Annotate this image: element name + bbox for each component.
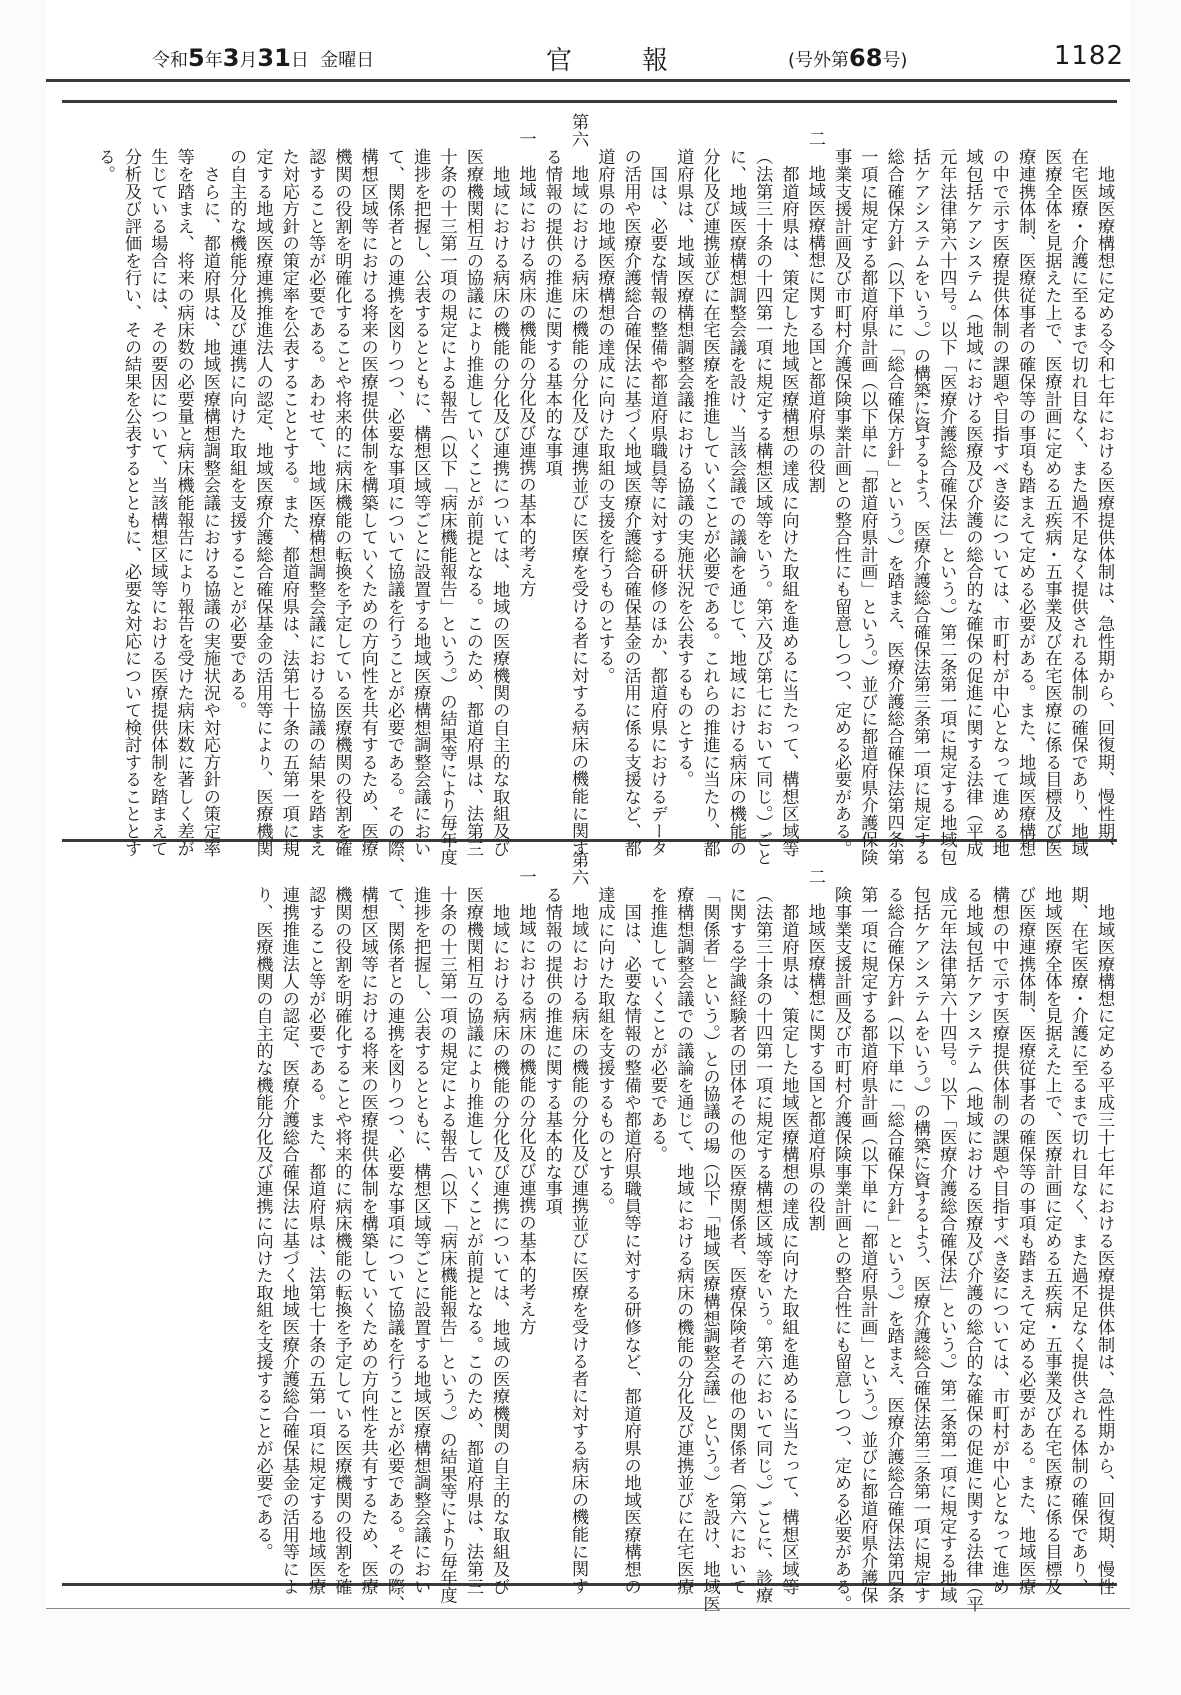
text-column: 医療機関相互の協議により推進していくことが前提となる。このため、都道府県は、法第… [460, 886, 486, 1576]
text-column: 医療全体を見据えた上で、医療計画に定める五疾病・五事業及び在宅医療に係る目標及び… [1038, 148, 1064, 828]
text-column: の自主的な機能分化及び連携に向けた取組を支援することが必要である。 [223, 148, 249, 828]
text-column: を推進していくことが必要である。 [644, 886, 670, 1576]
text-column: 期、在宅医療・介護に至るまで切れ目なく、また過不足なく提供される体制の確保であり… [1064, 886, 1090, 1576]
text-column: に、地域医療構想調整会議を設け、当該会議での議論を通じて、地域における病床の機能… [723, 148, 749, 828]
upper-section-top-rule [62, 100, 1117, 103]
text-column: る情報の提供の推進に関する基本的な事項 [538, 886, 564, 1576]
text-column: 域包括ケアシステム（地域における医療及び介護の総合的な確保の促進に関する法律（平… [959, 148, 985, 828]
text-column: 第一項に規定する都道府県計画（以下単に「都道府県計画」という。）並びに都道府県介… [854, 886, 880, 1576]
text-column: 地域における病床の機能の分化及び連携については、地域の医療機関の自主的な取組及び [486, 148, 512, 828]
text-column: 構想区域等における将来の医療提供体制を構築していくための方向性を共有するため、医… [354, 148, 380, 828]
date-day: 31 [257, 44, 290, 72]
text-column: の活用や医療介護総合確保法に基づく地域医療介護総合確保基金の活用に係る支援など、… [617, 148, 643, 828]
text-column: 地域医療構想に定める平成三十七年における医療提供体制は、急性期から、回復期、慢性 [1091, 886, 1117, 1576]
page-header: 令和5年3月31日 金曜日 官報 (号外第68号) 1182 [46, 38, 1130, 78]
subsection-heading: 二 地域医療構想に関する国と都道府県の役割 [801, 130, 827, 828]
text-column: 道府県の地域医療構想の達成に向けた取組の支援を行うものとする。 [591, 148, 617, 828]
text-column: 療連携体制、医療従事者の確保等の事項も踏まえて定める必要がある。また、地域医療構… [1012, 148, 1038, 828]
text-column: 十条の十三第一項の規定による報告（以下「病床機能報告」という。）の結果等により毎… [433, 148, 459, 828]
text-column: 険事業支援計画及び市町村介護保険事業計画との整合性にも留意しつつ、定める必要があ… [828, 886, 854, 1576]
text-column: さらに、都道府県は、地域医療構想調整会議における協議の実施状況や対応方針の策定率 [197, 148, 223, 828]
text-column: 事業支援計画及び市町村介護保険事業計画との整合性にも留意しつつ、定める必要がある… [828, 148, 854, 828]
text-column: 包括ケアシステムをいう。）の構築に資するよう、医療介護総合確保法第三条第一項に規… [907, 886, 933, 1576]
text-column: 認すること等が必要である。あわせて、地域医療構想調整会議における協議の結果を踏ま… [302, 148, 328, 828]
text-column: 認すること等が必要である。また、都道府県は、法第七十条の五第一項に規定する地域医… [302, 886, 328, 1576]
text-column: 括ケアシステムをいう。）の構築に資するよう、医療介護総合確保法第三条第一項に規定… [907, 148, 933, 828]
section-divider [62, 839, 1117, 842]
date-day-unit: 日 [291, 50, 309, 71]
text-column: （法第三十条の十四第一項に規定する構想区域等をいう。第六及び第七において同じ。）… [749, 148, 775, 828]
text-column: 成元年法律第六十四号。以下「医療介護総合確保法」という。）第二条第一項に規定する… [933, 886, 959, 1576]
text-column: 国は、必要な情報の整備や都道府県職員等に対する研修のほか、都道府県におけるデータ [644, 148, 670, 828]
text-column: （法第三十条の十四第一項に規定する構想区域等をいう。第六において同じ。）ごとに、… [749, 886, 775, 1576]
date-month-unit: 月 [239, 50, 257, 71]
issue-number-value: 68 [849, 44, 882, 72]
text-column: る情報の提供の推進に関する基本的な事項 [538, 148, 564, 828]
text-column: 定する地域医療連携推進法人の認定、地域医療介護総合確保基金の活用等により、医療機… [249, 148, 275, 828]
page-number: 1182 [1054, 41, 1124, 71]
issue-prefix: (号外第 [788, 50, 849, 71]
issue-number: (号外第68号) [788, 44, 907, 72]
text-column: 国は、必要な情報の整備や都道府県職員等に対する研修など、都道府県の地域医療構想の [617, 886, 643, 1576]
text-column: 等を踏まえ、将来の病床数の必要量と病床機能報告により報告を受けた病床数に著しく差… [170, 148, 196, 828]
text-column: 「関係者」という。）との協議の場（以下「地域医療構想調整会議」という。）を設け、… [696, 886, 722, 1576]
text-column: 進捗を把握し、公表するとともに、構想区域等ごとに設置する地域医療構想調整会議にお… [407, 886, 433, 1576]
gazette-title-char-2: 報 [642, 40, 668, 77]
text-column: 連携推進法人の認定、医療介護総合確保法に基づく地域医療介護総合確保基金の活用等に… [276, 886, 302, 1576]
text-column: び医療連携体制、医療従事者の確保等の事項も踏まえて定める必要がある。また、地域医… [1012, 886, 1038, 1576]
text-column: 医療機関相互の協議により推進していくことが前提となる。このため、都道府県は、法第… [460, 148, 486, 828]
text-column: 分析及び評価を行い、その結果を公表するとともに、必要な対応について検討することと… [118, 148, 144, 828]
gazette-title: 官報 [546, 40, 668, 77]
text-column: 地域医療全体を見据えた上で、医療計画に定める五疾病・五事業及び在宅医療に係る目標… [1038, 886, 1064, 1576]
header-divider [46, 79, 1130, 82]
text-column: 道府県は、地域医療構想調整会議における協議の実施状況を公表するものとする。 [670, 148, 696, 828]
lower-text-section: 地域医療構想に定める平成三十七年における医療提供体制は、急性期から、回復期、慢性… [249, 886, 1117, 1576]
text-column: 進捗を把握し、公表するとともに、構想区域等ごとに設置する地域医療構想調整会議にお… [407, 148, 433, 828]
text-column: 構想区域等における将来の医療提供体制を構築していくための方向性を共有するため、医… [354, 886, 380, 1576]
date-era: 令和 [152, 50, 188, 71]
text-column: 総合確保方針（以下単に「総合確保方針」という。）を踏まえ、医療介護総合確保法第四… [880, 148, 906, 828]
text-column: る。 [91, 148, 117, 828]
text-column: 機関の役割を明確化することや将来的に病床機能の転換を予定している医療機関の役割を… [328, 148, 354, 828]
section-heading: 第六 地域における病床の機能の分化及び連携並びに医療を受ける者に対する病床の機能… [565, 113, 591, 828]
text-column: 地域医療構想に定める令和七年における医療提供体制は、急性期から、回復期、慢性期、 [1091, 148, 1117, 828]
date-month: 3 [223, 44, 240, 72]
section-heading: 第六 地域における病床の機能の分化及び連携並びに医療を受ける者に対する病床の機能… [565, 851, 591, 1576]
text-column: る地域包括ケアシステム（地域における医療及び介護の総合的な確保の促進に関する法律… [959, 886, 985, 1576]
text-column: に関する学識経験者の団体その他の医療関係者、医療保険者その他の関係者（第六におい… [723, 886, 749, 1576]
text-column: 都道府県は、策定した地域医療構想の達成に向けた取組を進めるに当たって、構想区域等 [775, 148, 801, 828]
text-column: 地域における病床の機能の分化及び連携については、地域の医療機関の自主的な取組及び [486, 886, 512, 1576]
text-column: る総合確保方針（以下単に「総合確保方針」という。）を踏まえ、医療介護総合確保法第… [880, 886, 906, 1576]
text-column: 達成に向けた取組を支援するものとする。 [591, 886, 617, 1576]
subsection-heading: 一 地域における病床の機能の分化及び連携の基本的考え方 [512, 868, 538, 1576]
subsection-heading: 二 地域医療構想に関する国と都道府県の役割 [801, 868, 827, 1576]
text-column: 構想の中で示す医療提供体制の課題や目指すべき姿については、市町村が中心となって進… [986, 886, 1012, 1576]
publication-date: 令和5年3月31日 金曜日 [152, 44, 374, 72]
text-column: て、関係者との連携を図りつつ、必要な事項について協議を行うことが必要である。その… [381, 886, 407, 1576]
date-year: 5 [188, 44, 205, 72]
text-column: の中で示す医療提供体制の課題や目指すべき姿については、市町村が中心となって進める… [986, 148, 1012, 828]
text-column: 生じている場合には、その要因について、当該構想区域等における医療提供体制を踏まえ… [144, 148, 170, 828]
text-column: り、医療機関の自主的な機能分化及び連携に向けた取組を支援することが必要である。 [249, 886, 275, 1576]
gazette-title-char-1: 官 [546, 40, 572, 77]
text-column: 元年法律第六十四号。以下「医療介護総合確保法」という。）第二条第一項に規定する地… [933, 148, 959, 828]
text-column: 機関の役割を明確化することや将来的に病床機能の転換を予定している医療機関の役割を… [328, 886, 354, 1576]
issue-suffix: 号) [882, 50, 907, 71]
text-column: て、関係者との連携を図りつつ、必要な事項について協議を行うことが必要である。その… [381, 148, 407, 828]
text-column: 都道府県は、策定した地域医療構想の達成に向けた取組を進めるに当たって、構想区域等 [775, 886, 801, 1576]
text-column: 十条の十三第一項の規定による報告（以下「病床機能報告」という。）の結果等により毎… [433, 886, 459, 1576]
text-column: 在宅医療・介護に至るまで切れ目なく、また過不足なく提供される体制の確保であり、地… [1064, 148, 1090, 828]
date-weekday: 金曜日 [320, 50, 374, 71]
date-year-unit: 年 [205, 50, 223, 71]
text-column: 療構想調整会議での議論を通じて、地域における病床の機能の分化及び連携並びに在宅医… [670, 886, 696, 1576]
text-column: 一項に規定する都道府県計画（以下単に「都道府県計画」という。）並びに都道府県介護… [854, 148, 880, 828]
subsection-heading: 一 地域における病床の機能の分化及び連携の基本的考え方 [512, 130, 538, 828]
lower-section-bottom-rule [62, 1583, 1117, 1586]
text-column: 分化及び連携並びに在宅医療を推進していくことが必要である。これらの推進に当たり、… [696, 148, 722, 828]
text-column: た対応方針の策定率を公表することとする。また、都道府県は、法第七十条の五第一項に… [276, 148, 302, 828]
upper-text-section: 地域医療構想に定める令和七年における医療提供体制は、急性期から、回復期、慢性期、… [91, 148, 1117, 828]
